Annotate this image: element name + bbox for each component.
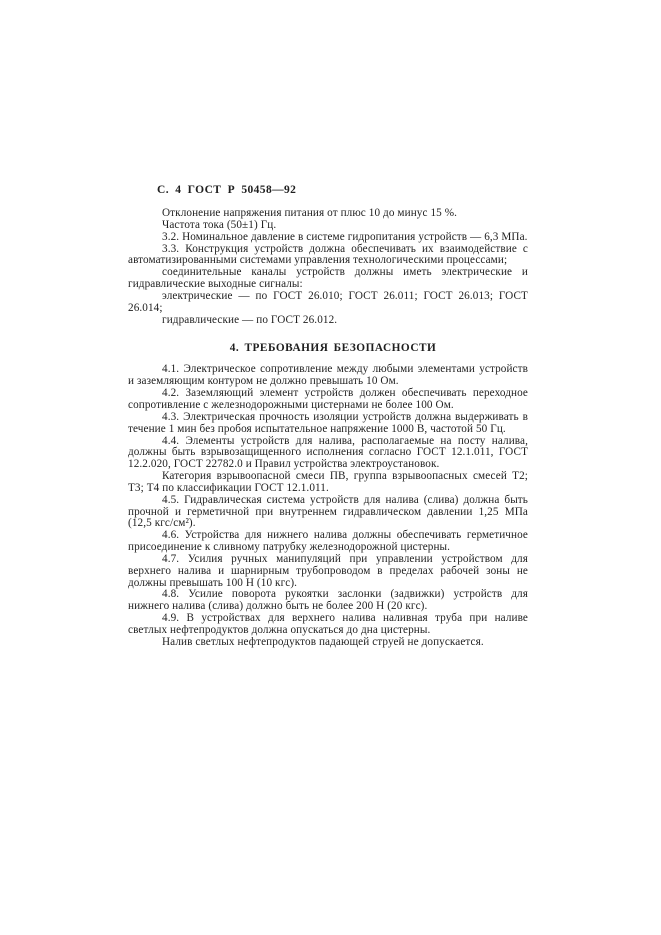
section-3-body: Отклонение напряжения питания от плюс 10… <box>128 208 528 326</box>
paragraph: соединительные каналы устройств должны и… <box>128 267 528 291</box>
paragraph: 4.4. Элементы устройств для налива, расп… <box>128 436 528 472</box>
section-4-body: 4.1. Электрическое сопротивление между л… <box>128 364 528 648</box>
paragraph: электрические — по ГОСТ 26.010; ГОСТ 26.… <box>128 291 528 315</box>
paragraph: 4.5. Гидравлическая система устройств дл… <box>128 495 528 531</box>
paragraph: 3.2. Номинальное давление в системе гидр… <box>128 232 528 244</box>
paragraph: Категория взрывоопасной смеси ПВ, группа… <box>128 471 528 495</box>
page-header: С. 4 ГОСТ Р 50458—92 <box>157 184 528 196</box>
paragraph: Налив светлых нефтепродуктов падающей ст… <box>128 637 528 649</box>
paragraph: 4.8. Усилие поворота рукоятки заслонки (… <box>128 589 528 613</box>
paragraph: гидравлические — по ГОСТ 26.012. <box>128 315 528 327</box>
paragraph: 3.3. Конструкция устройств должна обеспе… <box>128 244 528 268</box>
paragraph: 4.3. Электрическая прочность изоляции ус… <box>128 412 528 436</box>
paragraph: 4.7. Усилия ручных манипуляций при управ… <box>128 554 528 590</box>
paragraph: 4.1. Электрическое сопротивление между л… <box>128 364 528 388</box>
text-block: С. 4 ГОСТ Р 50458—92 Отклонение напряжен… <box>128 184 528 649</box>
paragraph: 4.6. Устройства для нижнего налива должн… <box>128 530 528 554</box>
paragraph: 4.2. Заземляющий элемент устройств долже… <box>128 388 528 412</box>
document-page: С. 4 ГОСТ Р 50458—92 Отклонение напряжен… <box>0 0 661 935</box>
section-heading: 4. ТРЕБОВАНИЯ БЕЗОПАСНОСТИ <box>138 342 528 354</box>
paragraph: Частота тока (50±1) Гц. <box>128 220 528 232</box>
paragraph: 4.9. В устройствах для верхнего налива н… <box>128 613 528 637</box>
